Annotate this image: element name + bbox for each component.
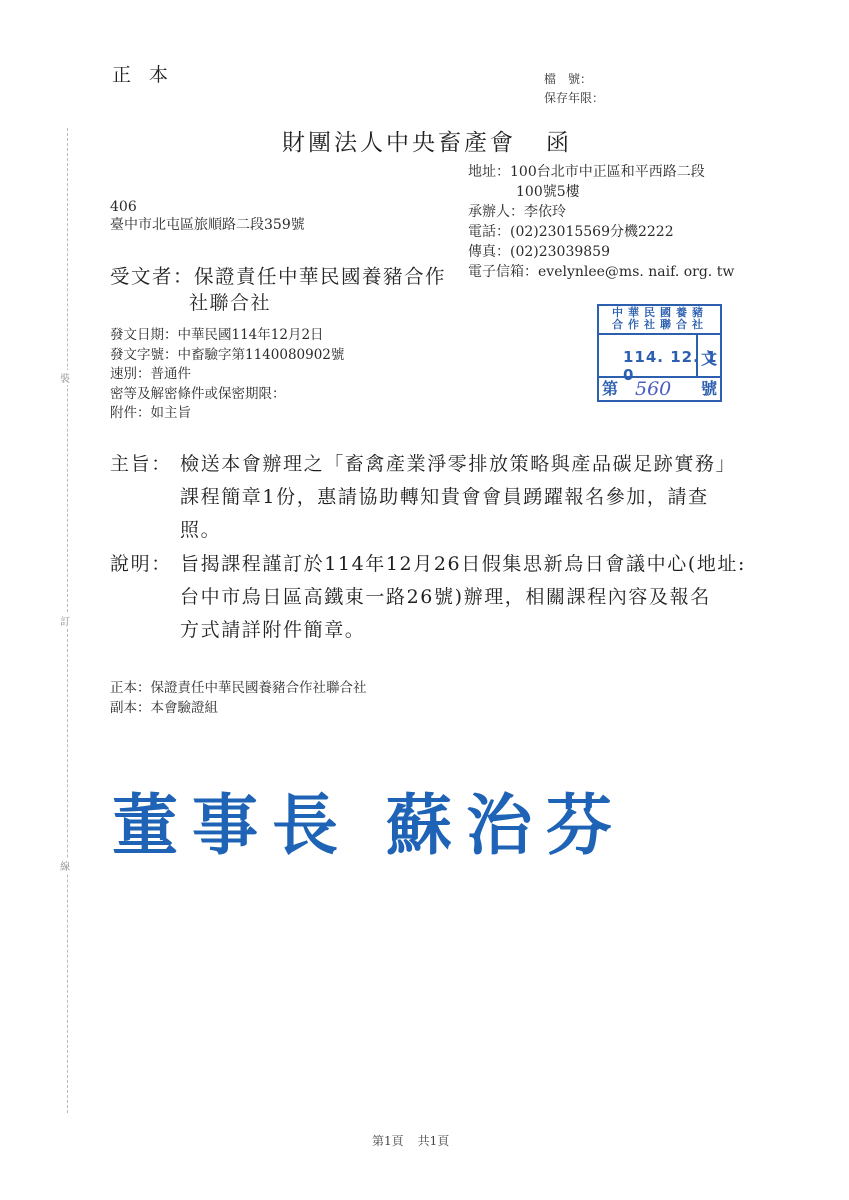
recipient-street: 臺中市北屯區旅順路二段359號 (110, 216, 305, 234)
page-current: 第1頁 (372, 1134, 404, 1148)
explanation-line1: 旨揭課程謹訂於114年12月26日假集思新烏日會議中心(地址: (180, 553, 746, 575)
stamp-hao: 號 (701, 376, 717, 399)
stamp-number: 560 (635, 378, 671, 400)
receipt-stamp: 中華民國養豬 合作社聯合社 114. 12. 1 0 文 第 560 號 (597, 304, 722, 402)
recipient-line2: 社聯合社 (110, 290, 446, 316)
subject-section: 主旨：檢送本會辦理之「畜禽產業淨零排放策略與產品碳足跡實務」 課程簡章1份，惠請… (110, 448, 736, 547)
document-meta: 發文日期：中華民國114年12月2日 發文字號：中畜驗字第1140080902號… (110, 326, 344, 424)
sender-address-line1: 地址：100台北市中正區和平西路二段 (468, 162, 734, 182)
priority: 速別：普通件 (110, 365, 344, 385)
sender-info: 地址：100台北市中正區和平西路二段 100號5樓 承辦人：李依玲 電話：(02… (468, 162, 734, 282)
recipient-address: 406 臺中市北屯區旅順路二段359號 (110, 198, 305, 234)
copy-type-label: 正本 (112, 60, 186, 87)
stamp-org-line2: 合作社聯合社 (601, 319, 719, 331)
distribution: 正本：保證責任中華民國養豬合作社聯合社 副本：本會驗證組 (110, 678, 367, 718)
distribution-original: 正本：保證責任中華民國養豬合作社聯合社 (110, 678, 367, 698)
signature-name: 蘇治芬 (386, 787, 626, 864)
recipient: 受文者：保證責任中華民國養豬合作 社聯合社 (110, 264, 446, 316)
file-number-label: 檔 號： (544, 70, 604, 89)
subject-label: 主旨： (110, 448, 180, 481)
explanation-section: 說明：旨揭課程謹訂於114年12月26日假集思新烏日會議中心(地址: 台中市烏日… (110, 548, 746, 647)
issue-date: 發文日期：中華民國114年12月2日 (110, 326, 344, 346)
classification: 密等及解密條件或保密期限： (110, 385, 344, 405)
signature-stamp: 董事長蘇治芬 (112, 772, 626, 867)
binding-mark-ding: 訂 (60, 613, 70, 628)
recipient-postal-code: 406 (110, 198, 305, 216)
binding-mark-zhuang: 裝 (60, 370, 70, 385)
stamp-org: 中華民國養豬 合作社聯合社 (601, 307, 719, 331)
subject-line2: 課程簡章1份，惠請協助轉知貴會會員踴躍報名參加，請查 (110, 481, 736, 514)
distribution-copy: 副本：本會驗證組 (110, 698, 367, 718)
explanation-line3: 方式請詳附件簡章。 (110, 614, 746, 647)
explanation-label: 說明： (110, 548, 180, 581)
stamp-wen: 文 (701, 346, 717, 369)
subject-line3: 照。 (110, 514, 736, 547)
stamp-di: 第 (602, 376, 618, 399)
binding-mark-xian: 線 (60, 858, 70, 873)
file-meta: 檔 號： 保存年限： (544, 70, 604, 108)
explanation-line2: 台中市烏日區高鐵東一路26號)辦理，相關課程內容及報名 (110, 581, 746, 614)
recipient-line1: 受文者：保證責任中華民國養豬合作 (110, 264, 446, 290)
sender-address-line2: 100號5樓 (468, 182, 734, 202)
subject-line1: 檢送本會辦理之「畜禽產業淨零排放策略與產品碳足跡實務」 (180, 453, 736, 475)
sender-fax: 傳真：(02)23039859 (468, 242, 734, 262)
sender-contact-person: 承辦人：李依玲 (468, 202, 734, 222)
doc-number: 發文字號：中畜驗字第1140080902號 (110, 346, 344, 366)
signature-title: 董事長 (112, 787, 352, 864)
document-title: 財團法人中央畜產會函 (282, 124, 572, 157)
title-org: 財團法人中央畜產會 (282, 130, 516, 156)
sender-phone: 電話：(02)23015569分機2222 (468, 222, 734, 242)
page-total: 共1頁 (418, 1134, 450, 1148)
stamp-divider (599, 333, 720, 335)
sender-email: 電子信箱：evelynlee@ms. naif. org. tw (468, 262, 734, 282)
page-number: 第1頁共1頁 (372, 1132, 449, 1149)
title-doc-kind: 函 (546, 130, 572, 156)
attachment: 附件：如主旨 (110, 404, 344, 424)
retention-label: 保存年限： (544, 89, 604, 108)
